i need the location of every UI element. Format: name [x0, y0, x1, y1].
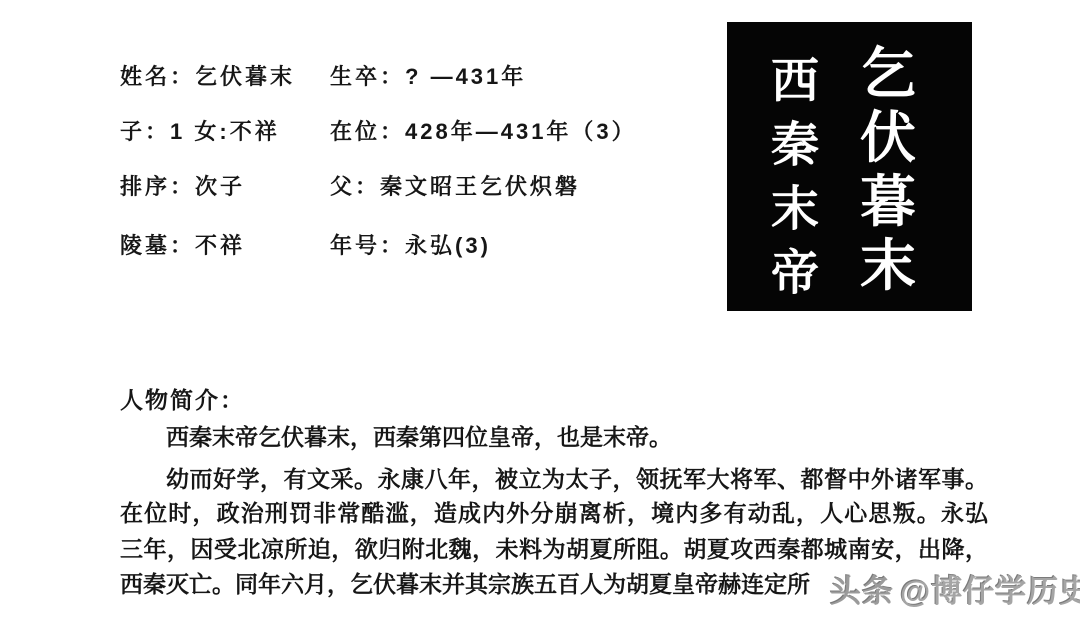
field-tomb-label: 陵墓： — [120, 233, 195, 258]
title-plate: 西秦末帝 乞伏暮末 — [727, 22, 972, 311]
field-tomb: 陵墓：不祥 — [120, 229, 245, 260]
field-name: 姓名：乞伏暮末 — [120, 60, 295, 91]
field-name-value: 乞伏暮末 — [195, 64, 295, 89]
field-birth-death-value: ? —431年 — [405, 64, 526, 89]
field-children-value: 1 女:不祥 — [170, 119, 280, 144]
biography-line: 西秦末帝乞伏暮末，西秦第四位皇帝，也是末帝。 — [120, 424, 988, 450]
field-era-name: 年号：永弘(3) — [330, 229, 491, 260]
field-era-name-value: 永弘(3) — [405, 233, 491, 258]
dynasty-title-vertical: 西秦末帝 — [768, 50, 822, 306]
biography-line: 在位时，政治刑罚非常酷滥，造成内外分崩离析，境内多有动乱，人心思叛。永弘 — [120, 500, 988, 526]
field-tomb-value: 不祥 — [195, 233, 245, 258]
field-reign-value: 428年—431年（3） — [405, 119, 637, 144]
field-reign: 在位：428年—431年（3） — [330, 115, 637, 146]
field-seniority: 排序：次子 — [120, 170, 245, 201]
field-seniority-label: 排序： — [120, 174, 195, 199]
biography-line: 幼而好学，有文采。永康八年，被立为太子，领抚军大将军、都督中外诸军事。 — [120, 466, 988, 492]
biography-heading: 人物简介： — [120, 382, 245, 415]
field-reign-label: 在位： — [330, 119, 405, 144]
emperor-name-vertical: 乞伏暮末 — [857, 42, 919, 298]
field-birth-death-label: 生卒： — [330, 64, 405, 89]
field-children: 子：1 女:不祥 — [120, 115, 280, 146]
emperor-profile-card: 姓名：乞伏暮末 生卒：? —431年 子：1 女:不祥 在位：428年—431年… — [0, 0, 1080, 617]
field-children-label: 子： — [120, 119, 170, 144]
field-seniority-value: 次子 — [195, 174, 245, 199]
field-father-label: 父： — [330, 174, 380, 199]
watermark: 头条@博仔学历史 — [830, 566, 1080, 611]
field-name-label: 姓名： — [120, 64, 195, 89]
field-birth-death: 生卒：? —431年 — [330, 60, 526, 91]
biography-line: 三年，因受北凉所迫，欲归附北魏，未料为胡夏所阻。胡夏攻西秦都城南安，出降， — [120, 536, 988, 562]
watermark-brand: 头条 — [830, 574, 894, 609]
field-father: 父：秦文昭王乞伏炽磐 — [330, 170, 580, 201]
field-father-value: 秦文昭王乞伏炽磐 — [380, 174, 580, 199]
field-era-name-label: 年号： — [330, 233, 405, 258]
watermark-handle: @博仔学历史 — [900, 574, 1080, 609]
